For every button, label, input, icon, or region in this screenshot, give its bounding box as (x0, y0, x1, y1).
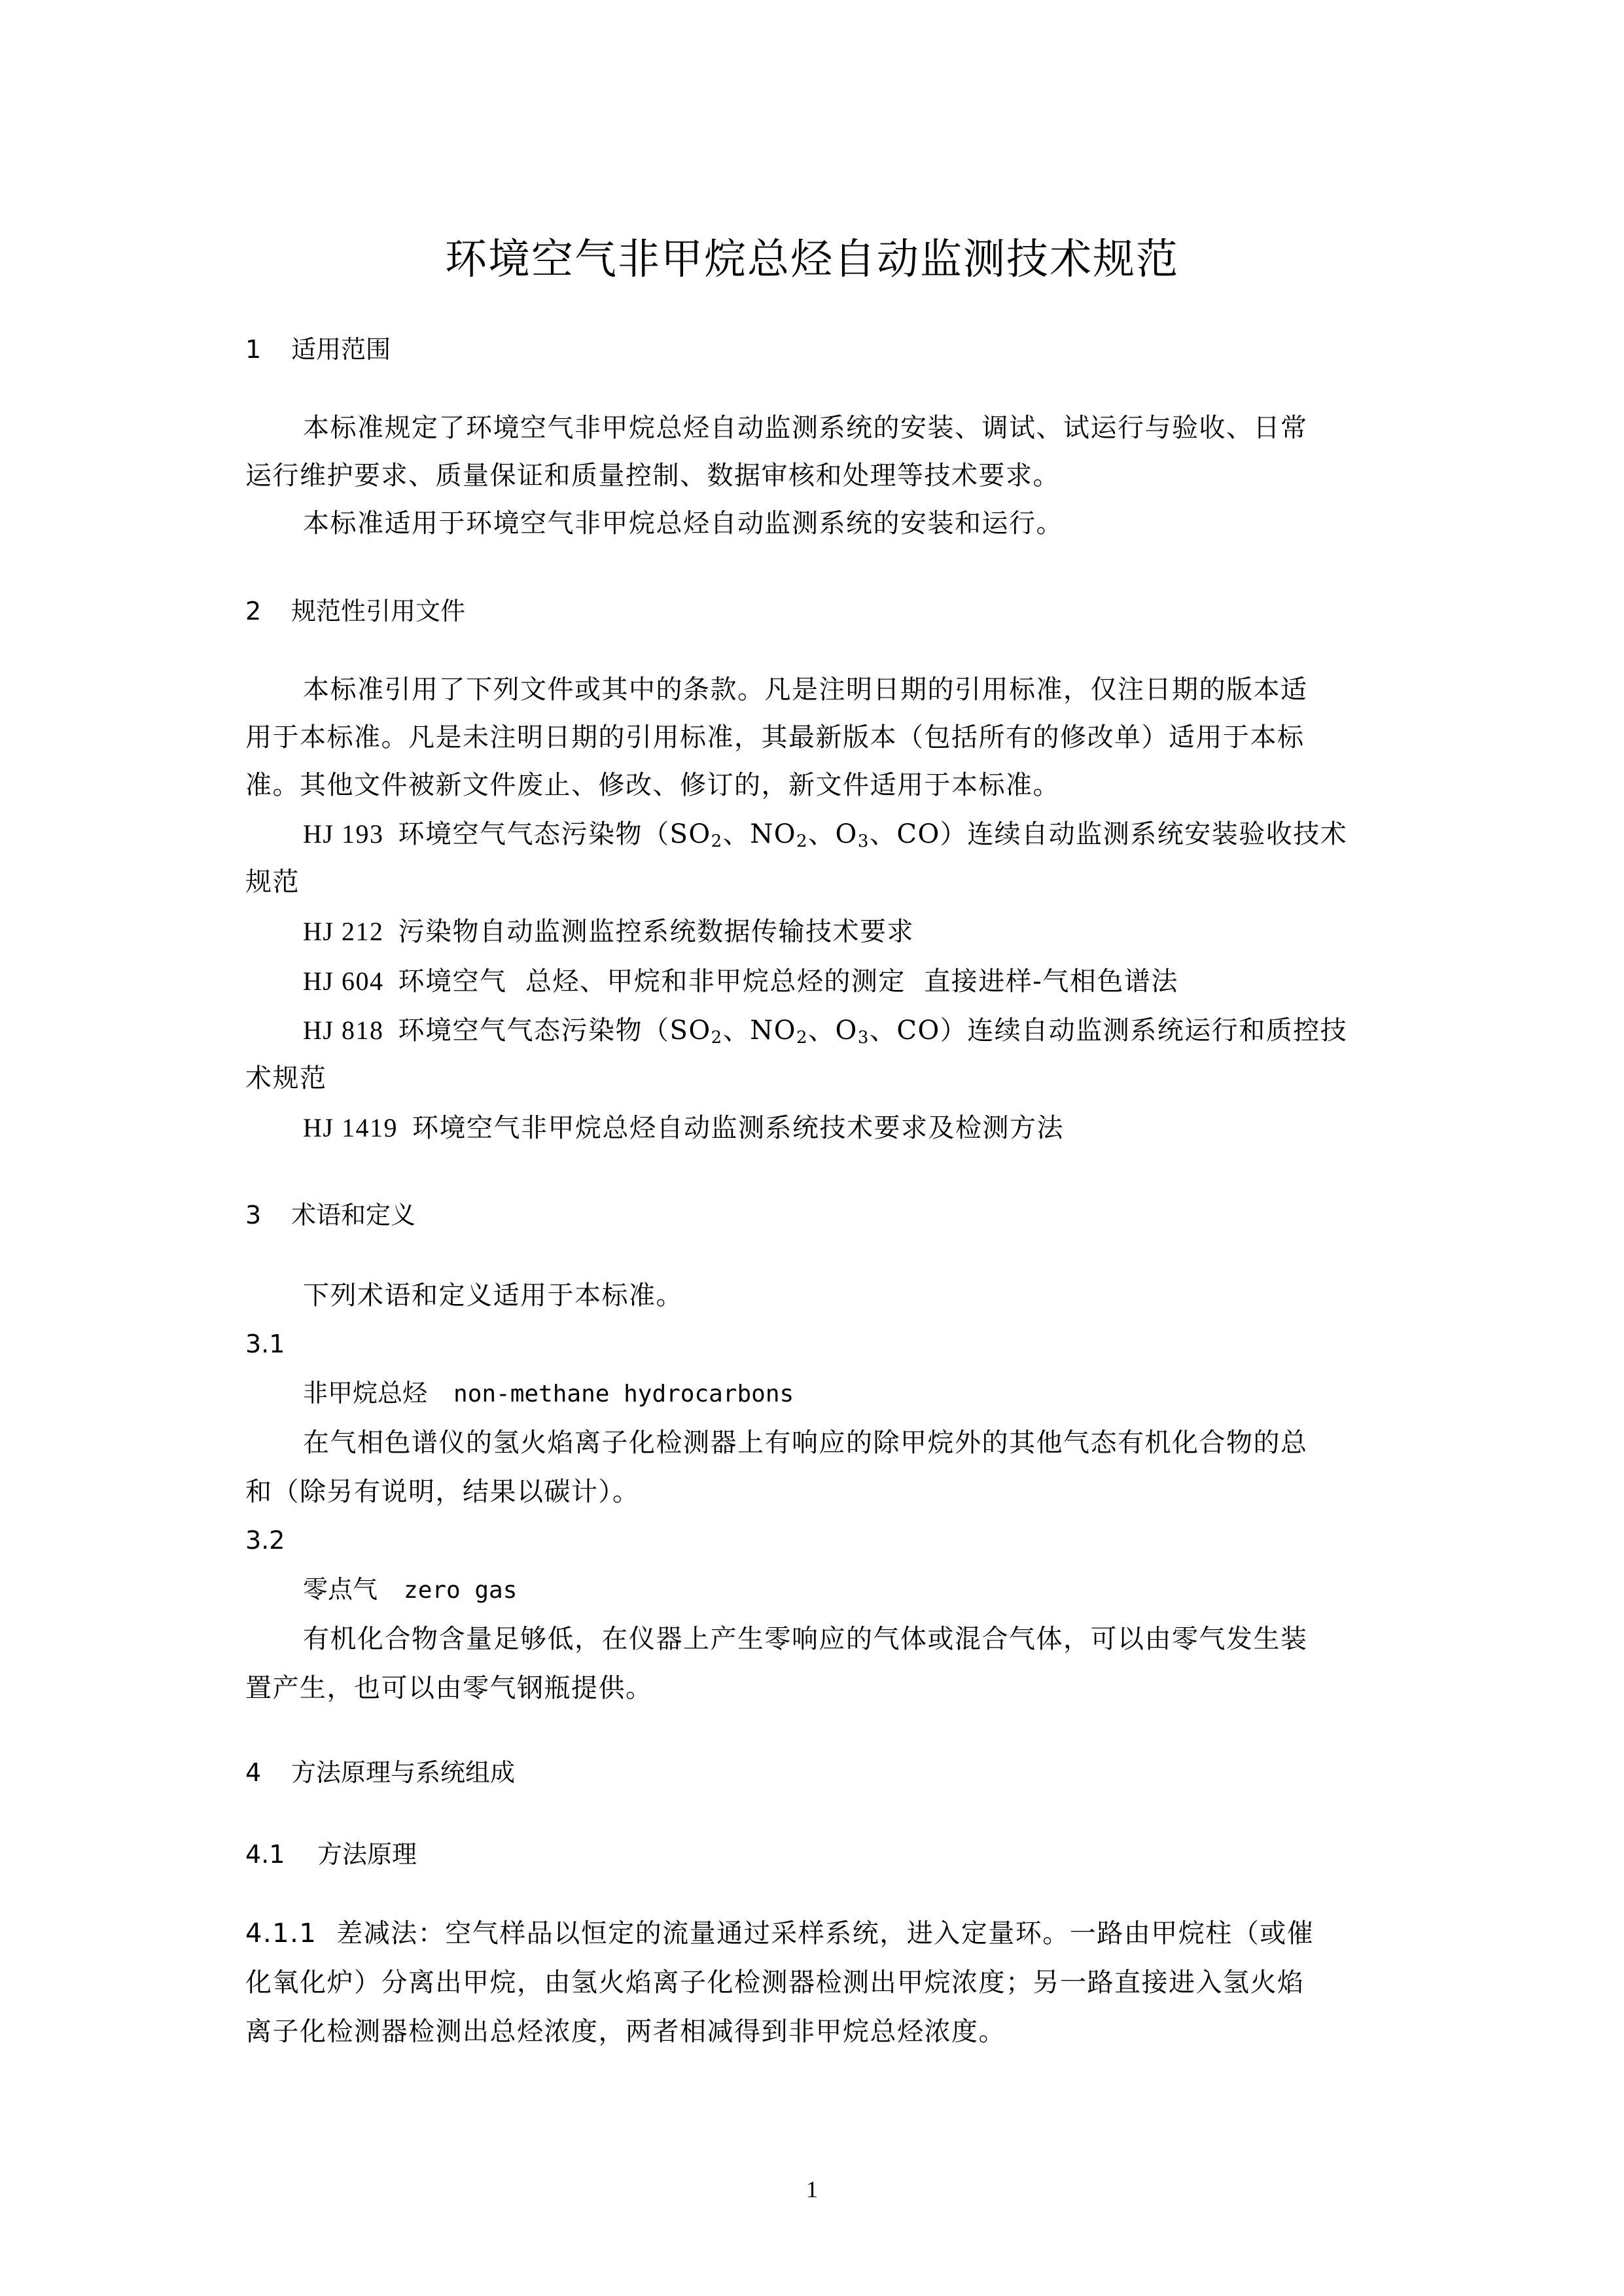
term-heading: 零点气zero gas (303, 1577, 517, 1602)
term-zh: 非甲烷总烃 (303, 1379, 427, 1407)
subscript: 2 (711, 1028, 723, 1048)
paragraph-line: 下列术语和定义适用于本标准。 (303, 1282, 683, 1309)
section-heading-1: 1适用范围 (245, 337, 391, 362)
reference-text: 、NO (723, 819, 796, 849)
document-page: 环境空气非甲烷总烃自动监测技术规范 1适用范围 本标准规定了环境空气非甲烷总烃自… (0, 0, 1624, 2296)
reference-text: 、NO (723, 1016, 796, 1046)
reference-continuation: 规范 (245, 869, 300, 895)
definition-line: 在气相色谱仪的氢火焰离子化检测器上有响应的除甲烷外的其他气态有机化合物的总 (303, 1430, 1308, 1456)
section-heading-2: 2规范性引用文件 (245, 599, 465, 624)
definition-line: 和（除另有说明，结果以碳计）。 (245, 1479, 640, 1505)
reference-text: 环境空气气态污染物（SO (398, 1016, 711, 1046)
reference-code: HJ 212 (303, 917, 383, 946)
reference-text: 、O (808, 1016, 858, 1046)
paragraph-line: 本标准适用于环境空气非甲烷总烃自动监测系统的安装和运行。 (303, 510, 1063, 537)
reference-hj193: HJ 193环境空气气态污染物（SO2、NO2、O3、CO）连续自动监测系统安装… (303, 821, 1347, 847)
term-heading: 非甲烷总烃non-methane hydrocarbons (303, 1381, 794, 1406)
reference-text: 、CO）连续自动监测系统运行和质控技 (870, 1016, 1347, 1046)
clause-line: 化氧化炉）分离出甲烷，由氢火焰离子化检测器检测出甲烷浓度；另一路直接进入氢火焰 (245, 1969, 1305, 1996)
definition-line: 有机化合物含量足够低，在仪器上产生零响应的气体或混合气体，可以由零气发生装 (303, 1626, 1308, 1652)
definition-line: 置产生，也可以由零气钢瓶提供。 (245, 1675, 653, 1701)
subscript: 2 (796, 1028, 808, 1048)
section-title: 适用范围 (291, 335, 391, 364)
subsection-heading-4-1: 4.1方法原理 (245, 1842, 417, 1867)
term-number: 3.2 (245, 1528, 285, 1553)
reference-text: 、O (808, 819, 858, 849)
reference-hj1419: HJ 1419环境空气非甲烷总烃自动监测系统技术要求及检测方法 (303, 1115, 1064, 1141)
paragraph-line: 本标准引用了下列文件或其中的条款。凡是注明日期的引用标准，仅注日期的版本适 (303, 677, 1308, 703)
reference-text: 环境空气气态污染物（SO (398, 819, 711, 849)
subscript: 3 (858, 832, 870, 851)
reference-code: HJ 818 (303, 1016, 383, 1045)
section-number: 2 (245, 599, 291, 624)
term-en: non-methane hydrocarbons (453, 1381, 794, 1407)
section-title: 方法原理与系统组成 (291, 1758, 515, 1787)
section-heading-3: 3术语和定义 (245, 1203, 415, 1227)
document-title: 环境空气非甲烷总烃自动监测技术规范 (0, 239, 1624, 281)
section-title: 术语和定义 (291, 1201, 415, 1229)
clause-4-1-1: 4.1.1差减法：空气样品以恒定的流量通过采样系统，进入定量环。一路由甲烷柱（或… (245, 1920, 1314, 1947)
reference-hj212: HJ 212污染物自动监测监控系统数据传输技术要求 (303, 919, 914, 945)
reference-hj604: HJ 604环境空气 总烃、甲烷和非甲烷总烃的测定 直接进样-气相色谱法 (303, 968, 1178, 995)
subsection-number: 4.1 (245, 1842, 317, 1867)
term-zh: 零点气 (303, 1575, 378, 1604)
reference-code: HJ 193 (303, 819, 383, 849)
reference-text: 污染物自动监测监控系统数据传输技术要求 (398, 917, 914, 947)
clause-number: 4.1.1 (245, 1918, 317, 1949)
paragraph-line: 本标准规定了环境空气非甲烷总烃自动监测系统的安装、调试、试运行与验收、日常 (303, 415, 1308, 441)
reference-text: 环境空气 总烃、甲烷和非甲烷总烃的测定 直接进样-气相色谱法 (398, 966, 1178, 997)
reference-code: HJ 1419 (303, 1113, 398, 1142)
reference-continuation: 术规范 (245, 1065, 327, 1091)
subscript: 2 (711, 832, 723, 851)
section-number: 4 (245, 1760, 291, 1785)
reference-text: 环境空气非甲烷总烃自动监测系统技术要求及检测方法 (412, 1113, 1064, 1143)
subscript: 3 (858, 1028, 870, 1048)
section-number: 1 (245, 337, 291, 362)
reference-code: HJ 604 (303, 966, 383, 996)
clause-line: 离子化检测器检测出总烃浓度，两者相减得到非甲烷总烃浓度。 (245, 2019, 1006, 2045)
section-number: 3 (245, 1203, 291, 1227)
term-en: zero gas (404, 1577, 517, 1604)
paragraph-line: 准。其他文件被新文件废止、修改、修订的，新文件适用于本标准。 (245, 772, 1060, 798)
clause-text: 差减法：空气样品以恒定的流量通过采样系统，进入定量环。一路由甲烷柱（或催 (336, 1918, 1314, 1949)
paragraph-line: 用于本标准。凡是未注明日期的引用标准，其最新版本（包括所有的修改单）适用于本标 (245, 724, 1305, 751)
section-heading-4: 4方法原理与系统组成 (245, 1760, 515, 1785)
subsection-title: 方法原理 (317, 1840, 417, 1869)
subscript: 2 (796, 832, 808, 851)
reference-text: 、CO）连续自动监测系统安装验收技术 (870, 819, 1347, 849)
section-title: 规范性引用文件 (291, 597, 465, 626)
page-number: 1 (0, 2178, 1624, 2201)
paragraph-line: 运行维护要求、质量保证和质量控制、数据审核和处理等技术要求。 (245, 463, 1060, 489)
reference-hj818: HJ 818环境空气气态污染物（SO2、NO2、O3、CO）连续自动监测系统运行… (303, 1017, 1347, 1044)
term-number: 3.1 (245, 1332, 285, 1356)
